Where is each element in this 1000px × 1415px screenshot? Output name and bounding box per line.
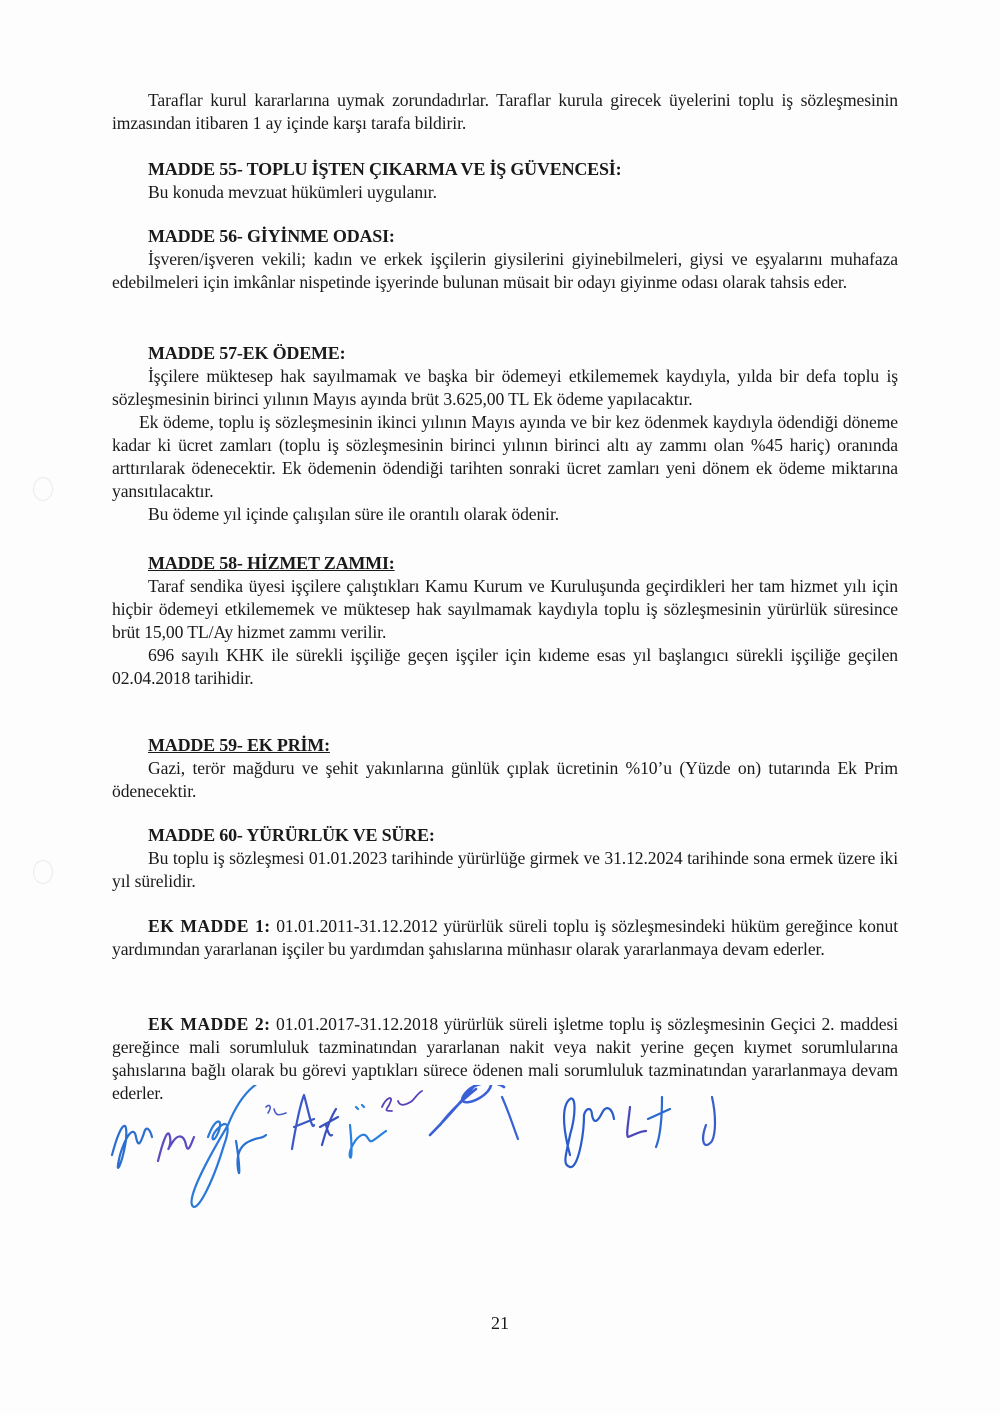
signature-block [100,1085,960,1235]
signature-8 [350,1105,386,1158]
signature-9 [382,1091,422,1111]
article-56: MADDE 56- GİYİNME ODASI: İşveren/işveren… [112,225,898,294]
signature-14 [648,1097,670,1147]
article-heading: MADDE 58- HİZMET ZAMMI: [112,552,898,575]
signature-3 [192,1085,258,1207]
article-paragraph: Gazi, terör mağduru ve şehit yakınlarına… [112,757,898,803]
article-paragraph: 696 sayılı KHK ile sürekli işçiliğe geçe… [112,644,898,690]
additional-article-1: EK MADDE 1: 01.01.2011-31.12.2012 yürürl… [112,915,898,961]
article-heading: MADDE 55- TOPLU İŞTEN ÇIKARMA VE İŞ GÜVE… [112,158,898,181]
article-paragraph: Ek ödeme, toplu iş sözleşmesinin ikinci … [112,411,898,503]
signature-15 [703,1097,715,1145]
article-60: MADDE 60- YÜRÜRLÜK VE SÜRE: Bu toplu iş … [112,824,898,893]
article-heading: MADDE 57-EK ÖDEME: [112,342,898,365]
signature-6 [292,1095,314,1149]
signature-2 [158,1133,194,1161]
signature-4 [236,1135,266,1173]
article-58: MADDE 58- HİZMET ZAMMI: Taraf sendika üy… [112,552,898,690]
article-paragraph: İşveren/işveren vekili; kadın ve erkek i… [112,248,898,294]
document-page: Taraflar kurul kararlarına uymak zorunda… [0,0,1000,1415]
article-paragraph: Bu ödeme yıl içinde çalışılan süre ile o… [112,503,898,526]
punch-hole-mark [33,477,53,501]
article-paragraph: Bu konuda mevzuat hükümleri uygulanır. [112,181,898,204]
article-paragraph: İşçilere müktesep hak sayılmamak ve başk… [112,365,898,411]
article-paragraph: Bu toplu iş sözleşmesi 01.01.2023 tarihi… [112,847,898,893]
intro-section: Taraflar kurul kararlarına uymak zorunda… [112,89,898,135]
signature-7 [320,1109,338,1145]
punch-hole-mark [33,860,53,884]
article-paragraph: Taraf sendika üyesi işçilere çalıştıklar… [112,575,898,644]
signature-13 [627,1107,646,1137]
article-heading: MADDE 56- GİYİNME ODASI: [112,225,898,248]
additional-article-paragraph: EK MADDE 1: 01.01.2011-31.12.2012 yürürl… [112,915,898,961]
additional-article-label: EK MADDE 1: [148,916,271,936]
article-57: MADDE 57-EK ÖDEME: İşçilere müktesep hak… [112,342,898,526]
intro-paragraph: Taraflar kurul kararlarına uymak zorunda… [112,89,898,135]
article-59: MADDE 59- EK PRİM: Gazi, terör mağduru v… [112,734,898,803]
article-55: MADDE 55- TOPLU İŞTEN ÇIKARMA VE İŞ GÜVE… [112,158,898,204]
article-heading: MADDE 59- EK PRİM: [112,734,898,757]
signature-10 [430,1085,504,1135]
article-heading: MADDE 60- YÜRÜRLÜK VE SÜRE: [112,824,898,847]
signature-11 [502,1097,518,1139]
additional-article-label: EK MADDE 2: [148,1014,270,1034]
signature-5 [266,1105,286,1114]
signature-1 [112,1126,152,1168]
page-number: 21 [0,1313,1000,1334]
signature-12 [564,1098,614,1167]
